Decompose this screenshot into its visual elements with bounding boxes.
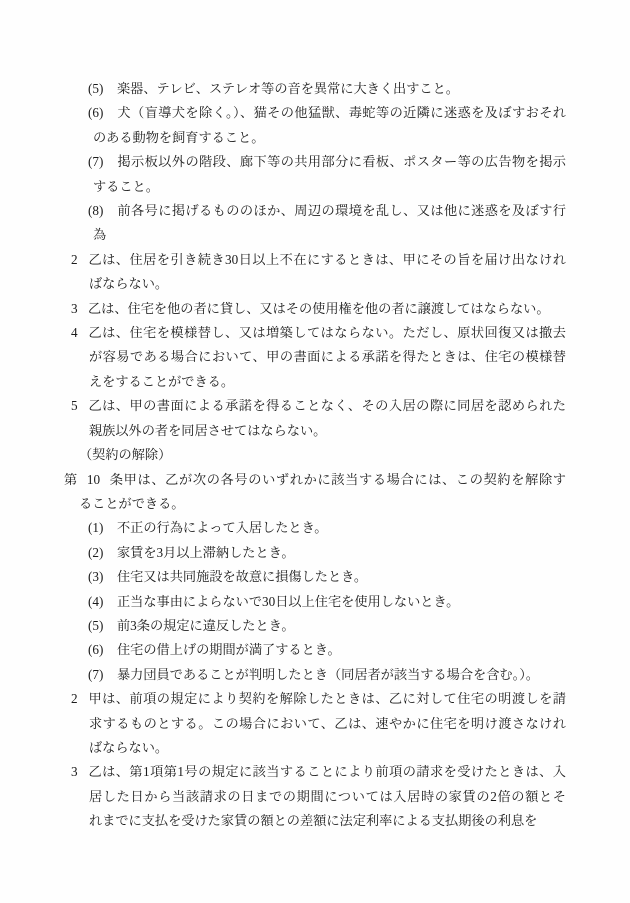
line-text: えをすることができる。 xyxy=(89,374,234,389)
doc-line: のある動物を飼育すること。 xyxy=(93,126,566,150)
paragraph-number: 4 xyxy=(64,321,88,345)
document-page: (5)楽器、テレビ、ステレオ等の音を異常に大きく出すこと。(6)犬（盲導犬を除く… xyxy=(0,0,630,903)
line-text: 乙は、第1項第1号の規定に該当することにより前項の請求を受けたときは、入 xyxy=(88,764,566,779)
item-number: (8) xyxy=(88,199,117,223)
contract-block: 第10条甲は、乙が次の各号のいずれかに該当する場合には、この契約を解除することが… xyxy=(64,468,566,517)
doc-line: (4)正当な事由によらないで30日以上住宅を使用しないとき。 xyxy=(88,590,566,614)
item-number: (6) xyxy=(88,638,117,662)
contract-block: (7)暴力団員であることが判明したとき（同居者が該当する場合を含む。）。 xyxy=(64,663,566,687)
doc-line: 為 xyxy=(93,223,566,247)
line-text: 住宅又は共同施設を故意に損傷したとき。 xyxy=(117,569,367,584)
item-number: (6) xyxy=(88,101,117,125)
contract-block: 5乙は、甲の書面による承諾を得ることなく、その入居の際に同居を認められた親族以外… xyxy=(64,394,566,443)
line-text: 求するものとする。この場合において、乙は、速やかに住宅を明け渡さなけれ xyxy=(89,716,566,731)
doc-line: (1)不正の行為によって入居したとき。 xyxy=(88,516,566,540)
contract-block: (2)家賃を3月以上滞納したとき。 xyxy=(64,541,566,565)
item-number: (5) xyxy=(88,77,117,101)
line-text: 居した日から当該請求の日までの期間については入居時の家賃の2倍の額とそ xyxy=(89,789,566,804)
doc-line: 親族以外の者を同居させてはならない。 xyxy=(89,419,566,443)
contract-block: 3乙は、住宅を他の者に貸し、又はその使用権を他の者に譲渡してはならない。 xyxy=(64,297,566,321)
item-number: (7) xyxy=(88,150,117,174)
contract-block: (8)前各号に掲げるもののほか、周辺の環境を乱し、又は他に迷惑を及ぼす行為 xyxy=(64,199,566,248)
contract-block: (1)不正の行為によって入居したとき。 xyxy=(64,516,566,540)
line-text: のある動物を飼育すること。 xyxy=(93,130,264,145)
doc-line: (7)暴力団員であることが判明したとき（同居者が該当する場合を含む。）。 xyxy=(88,663,566,687)
line-text: 正当な事由によらないで30日以上住宅を使用しないとき。 xyxy=(117,594,459,609)
line-text: 乙は、住居を引き続き30日以上不在にするときは、甲にその旨を届け出なけれ xyxy=(88,252,566,267)
doc-line: すること。 xyxy=(93,175,566,199)
doc-line: 3乙は、住宅を他の者に貸し、又はその使用権を他の者に譲渡してはならない。 xyxy=(64,297,566,321)
doc-line: ばならない。 xyxy=(89,736,566,760)
line-text: 乙は、住宅を模様替し、又は増築してはならない。ただし、原状回復又は撤去 xyxy=(88,325,566,340)
contract-block: 3乙は、第1項第1号の規定に該当することにより前項の請求を受けたときは、入居した… xyxy=(64,760,566,833)
doc-line: (5)前3条の規定に違反したとき。 xyxy=(88,614,566,638)
contract-block: 2甲は、前項の規定により契約を解除したときは、乙に対して住宅の明渡しを請求するも… xyxy=(64,687,566,760)
line-text: 家賃を3月以上滞納したとき。 xyxy=(117,545,295,560)
line-text: （契約の解除） xyxy=(79,447,171,462)
doc-line: えをすることができる。 xyxy=(89,370,566,394)
paragraph-number: 3 xyxy=(64,760,88,784)
line-text: ばならない。 xyxy=(89,740,168,755)
doc-line: (5)楽器、テレビ、ステレオ等の音を異常に大きく出すこと。 xyxy=(88,77,566,101)
line-text: 甲は、乙が次の各号のいずれかに該当する場合には、この契約を解除す xyxy=(123,472,566,487)
contract-block: (4)正当な事由によらないで30日以上住宅を使用しないとき。 xyxy=(64,590,566,614)
line-text: 住宅の借上げの期間が満了するとき。 xyxy=(117,642,341,657)
paragraph-number: 5 xyxy=(64,394,88,418)
line-text: 親族以外の者を同居させてはならない。 xyxy=(89,423,326,438)
contract-block: (3)住宅又は共同施設を故意に損傷したとき。 xyxy=(64,565,566,589)
line-text: 楽器、テレビ、ステレオ等の音を異常に大きく出すこと。 xyxy=(117,81,459,96)
paragraph-number: 2 xyxy=(64,687,88,711)
doc-line: 求するものとする。この場合において、乙は、速やかに住宅を明け渡さなけれ xyxy=(89,712,566,736)
paragraph-number: 2 xyxy=(64,248,88,272)
doc-line: (6)住宅の借上げの期間が満了するとき。 xyxy=(88,638,566,662)
contract-block: 2乙は、住居を引き続き30日以上不在にするときは、甲にその旨を届け出なければなら… xyxy=(64,248,566,297)
line-text: ることができる。 xyxy=(79,496,185,511)
line-text: が容易である場合において、甲の書面による承諾を得たときは、住宅の模様替 xyxy=(89,349,566,364)
doc-line: 3乙は、第1項第1号の規定に該当することにより前項の請求を受けたときは、入 xyxy=(64,760,566,784)
line-text: すること。 xyxy=(93,179,159,194)
contract-block: (6)住宅の借上げの期間が満了するとき。 xyxy=(64,638,566,662)
doc-line: (6)犬（盲導犬を除く。）、猫その他猛獣、毒蛇等の近隣に迷惑を及ぼすおそれ xyxy=(88,101,566,125)
doc-line: 5乙は、甲の書面による承諾を得ることなく、その入居の際に同居を認められた xyxy=(64,394,566,418)
doc-line: 2乙は、住居を引き続き30日以上不在にするときは、甲にその旨を届け出なけれ xyxy=(64,248,566,272)
document-content: (5)楽器、テレビ、ステレオ等の音を異常に大きく出すこと。(6)犬（盲導犬を除く… xyxy=(64,77,566,834)
contract-block: 4乙は、住宅を模様替し、又は増築してはならない。ただし、原状回復又は撤去が容易で… xyxy=(64,321,566,394)
line-text: 前3条の規定に違反したとき。 xyxy=(117,618,295,633)
line-text: 為 xyxy=(93,227,106,242)
line-text: 乙は、住宅を他の者に貸し、又はその使用権を他の者に譲渡してはならない。 xyxy=(88,301,550,316)
paragraph-number: 3 xyxy=(64,297,88,321)
line-text: れまでに支払を受けた家賃の額との差額に法定利率による支払期後の利息を xyxy=(89,813,537,828)
article-number: 第10条 xyxy=(64,468,123,492)
line-text: 甲は、前項の規定により契約を解除したときは、乙に対して住宅の明渡しを請 xyxy=(88,691,566,706)
item-number: (3) xyxy=(88,565,117,589)
line-text: 乙は、甲の書面による承諾を得ることなく、その入居の際に同居を認められた xyxy=(88,398,566,413)
line-text: 暴力団員であることが判明したとき（同居者が該当する場合を含む。）。 xyxy=(117,667,539,682)
doc-line: (7)掲示板以外の階段、廊下等の共用部分に看板、ポスター等の広告物を掲示 xyxy=(88,150,566,174)
item-number: (1) xyxy=(88,516,117,540)
doc-line: 居した日から当該請求の日までの期間については入居時の家賃の2倍の額とそ xyxy=(89,785,566,809)
doc-line: れまでに支払を受けた家賃の額との差額に法定利率による支払期後の利息を xyxy=(89,809,566,833)
section-heading: （契約の解除） xyxy=(64,443,566,467)
doc-line: が容易である場合において、甲の書面による承諾を得たときは、住宅の模様替 xyxy=(89,345,566,369)
contract-block: (6)犬（盲導犬を除く。）、猫その他猛獣、毒蛇等の近隣に迷惑を及ぼすおそれのある… xyxy=(64,101,566,150)
line-text: 犬（盲導犬を除く。）、猫その他猛獣、毒蛇等の近隣に迷惑を及ぼすおそれ xyxy=(117,105,566,120)
doc-line: （契約の解除） xyxy=(79,443,566,467)
line-text: 前各号に掲げるもののほか、周辺の環境を乱し、又は他に迷惑を及ぼす行 xyxy=(117,203,566,218)
contract-block: (7)掲示板以外の階段、廊下等の共用部分に看板、ポスター等の広告物を掲示すること… xyxy=(64,150,566,199)
doc-line: 4乙は、住宅を模様替し、又は増築してはならない。ただし、原状回復又は撤去 xyxy=(64,321,566,345)
line-text: 掲示板以外の階段、廊下等の共用部分に看板、ポスター等の広告物を掲示 xyxy=(117,154,566,169)
doc-line: 2甲は、前項の規定により契約を解除したときは、乙に対して住宅の明渡しを請 xyxy=(64,687,566,711)
contract-block: (5)楽器、テレビ、ステレオ等の音を異常に大きく出すこと。 xyxy=(64,77,566,101)
line-text: 不正の行為によって入居したとき。 xyxy=(117,520,327,535)
doc-line: (2)家賃を3月以上滞納したとき。 xyxy=(88,541,566,565)
item-number: (5) xyxy=(88,614,117,638)
item-number: (7) xyxy=(88,663,117,687)
item-number: (4) xyxy=(88,590,117,614)
doc-line: (8)前各号に掲げるもののほか、周辺の環境を乱し、又は他に迷惑を及ぼす行 xyxy=(88,199,566,223)
doc-line: ることができる。 xyxy=(79,492,566,516)
doc-line: ばならない。 xyxy=(89,272,566,296)
item-number: (2) xyxy=(88,541,117,565)
line-text: ばならない。 xyxy=(89,276,168,291)
doc-line: 第10条甲は、乙が次の各号のいずれかに該当する場合には、この契約を解除す xyxy=(64,468,566,492)
contract-block: (5)前3条の規定に違反したとき。 xyxy=(64,614,566,638)
doc-line: (3)住宅又は共同施設を故意に損傷したとき。 xyxy=(88,565,566,589)
